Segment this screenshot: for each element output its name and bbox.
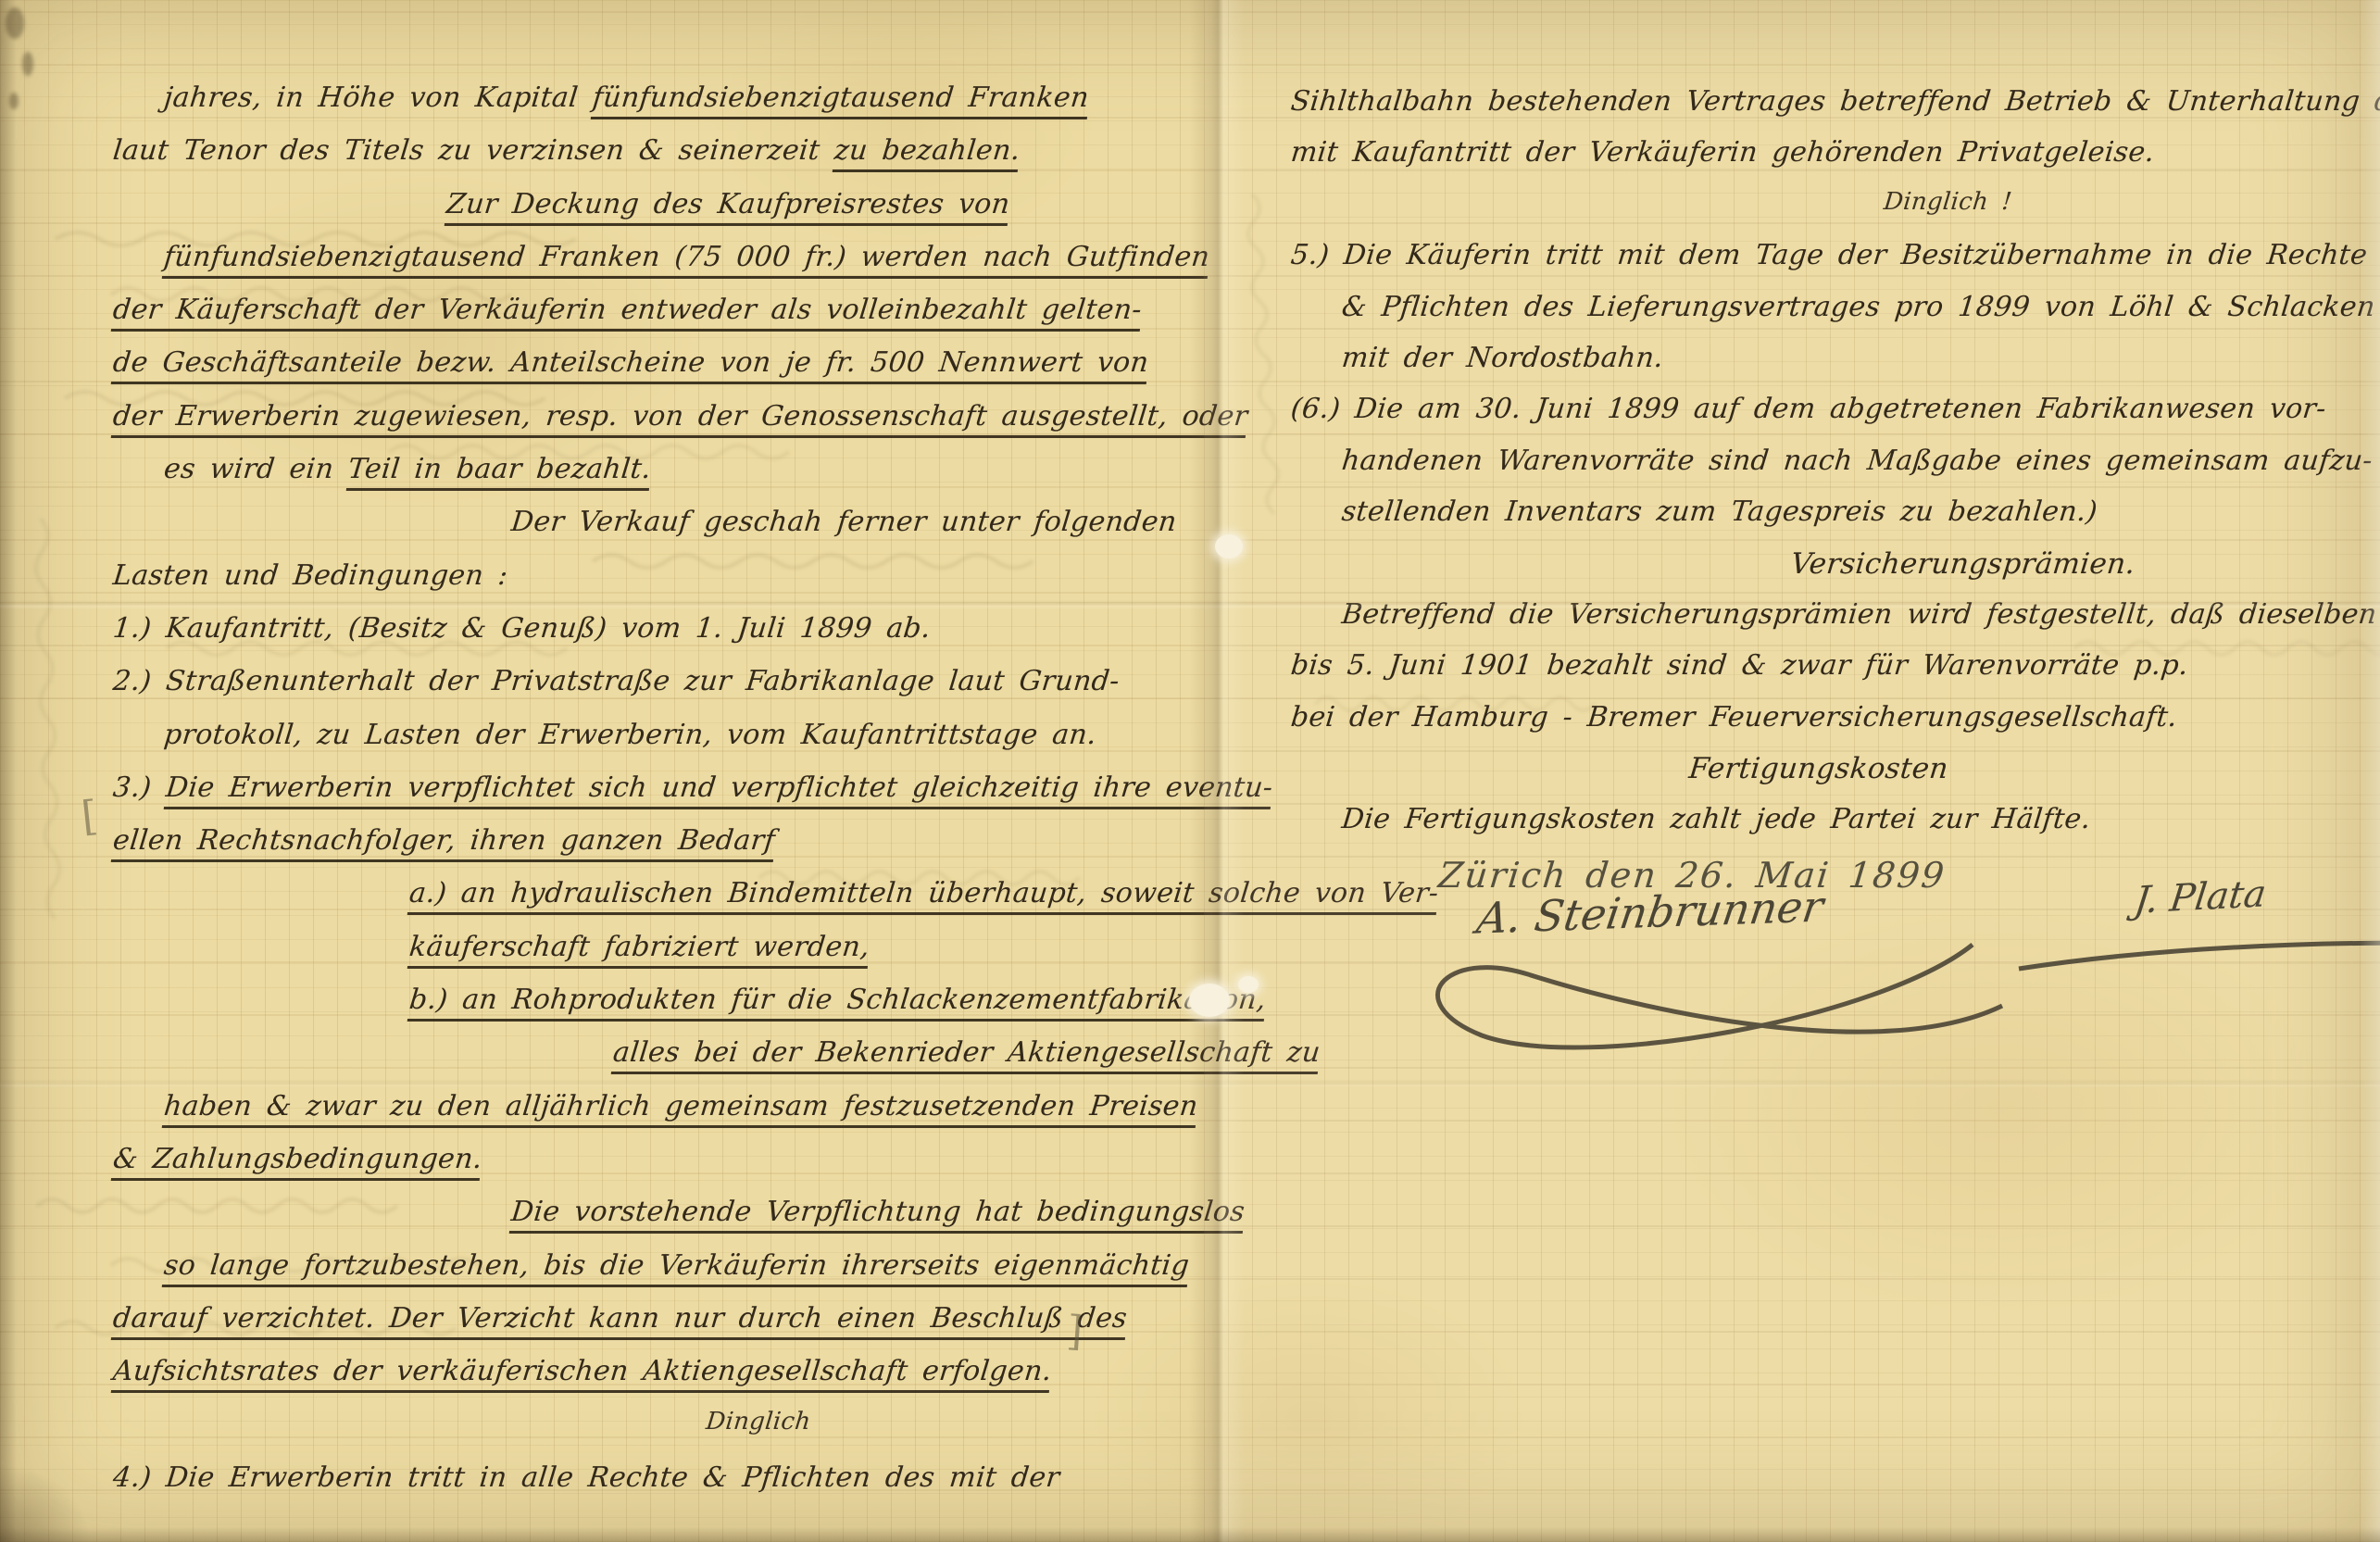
- manuscript-line: 3.) Die Erwerberin verpflichtet sich und…: [109, 771, 1143, 824]
- manuscript-line: Betreffend die Versicherungsprämien wird…: [1338, 598, 2376, 649]
- manuscript-line: Aufsichtsrates der verkäuferischen Aktie…: [109, 1355, 1143, 1408]
- manuscript-line: 1.) Kaufantritt, (Besitz & Genuß) vom 1.…: [109, 612, 1143, 665]
- manuscript-line: so lange fortzubestehen, bis die Verkäuf…: [160, 1249, 1143, 1302]
- manuscript-line: Sihlthalbahn bestehenden Vertrages betre…: [1287, 85, 2376, 136]
- underlined-text: & Zahlungsbedingungen.: [111, 1143, 484, 1181]
- text: jahres, in Höhe von Kapital: [162, 81, 594, 114]
- underlined-text: Zur Deckung des Kaufpreisrestes von: [445, 188, 1011, 226]
- manuscript-line: Die Fertigungskosten zahlt jede Partei z…: [1338, 803, 2376, 854]
- text: 3.): [111, 771, 168, 804]
- manuscript-line: 4.) Die Erwerberin tritt in alle Rechte …: [109, 1461, 1143, 1514]
- manuscript-line: protokoll, zu Lasten der Erwerberin, vom…: [160, 719, 1143, 771]
- manuscript-line: Der Verkauf geschah ferner unter folgend…: [507, 506, 1143, 558]
- paper-damage-spot: [1238, 976, 1259, 993]
- underlined-text: b.) an Rohprodukten für die Schlackenzem…: [407, 984, 1268, 1022]
- manuscript-line: fünfundsiebenzigtausend Franken (75 000 …: [160, 241, 1143, 294]
- text: 4.) Die Erwerberin tritt in alle Rechte …: [111, 1461, 1061, 1494]
- manuscript-line: a.) an hydraulischen Bindemitteln überha…: [406, 877, 1143, 930]
- manuscript-line: haben & zwar zu den alljährlich gemeinsa…: [160, 1090, 1143, 1143]
- manuscript-line: Dinglich !: [1880, 188, 2376, 239]
- text: Dinglich !: [1883, 188, 2013, 216]
- signature-right: J. Plata: [2132, 872, 2268, 922]
- underlined-text: so lange fortzubestehen, bis die Verkäuf…: [162, 1249, 1191, 1287]
- underlined-text: zu bezahlen.: [833, 134, 1022, 172]
- right-page-text: Sihlthalbahn bestehenden Vertrages betre…: [1287, 85, 2371, 906]
- text: Fertigungskosten: [1687, 752, 1950, 785]
- manuscript-line: mit der Nordostbahn.: [1338, 342, 2376, 393]
- underlined-text: fünfundsiebenzigtausend Franken (75 000 …: [162, 241, 1211, 279]
- text: Die Fertigungskosten zahlt jede Partei z…: [1340, 803, 2092, 835]
- manuscript-line: (6.) Die am 30. Juni 1899 auf dem abgetr…: [1287, 393, 2376, 444]
- manuscript-line: Fertigungskosten: [1685, 752, 2376, 803]
- manuscript-line: mit Kaufantritt der Verkäuferin gehörend…: [1287, 136, 2376, 187]
- edge-smudge: [22, 52, 33, 76]
- manuscript-line: der Käuferschaft der Verkäuferin entwede…: [109, 294, 1143, 346]
- manuscript-line: Lasten und Bedingungen :: [109, 559, 1143, 612]
- text: Sihlthalbahn bestehenden Vertrages betre…: [1289, 85, 2380, 118]
- manuscript-line: Dinglich: [702, 1408, 1143, 1461]
- text: laut Tenor des Titels zu verzinsen & sei…: [111, 134, 836, 167]
- paper-damage-spot: [1215, 534, 1243, 558]
- manuscript-line: jahres, in Höhe von Kapital fünfundsiebe…: [160, 81, 1143, 134]
- text: handenen Warenvorräte sind nach Maßgabe …: [1340, 445, 2374, 477]
- scan-edge-shadow: [0, 1527, 2380, 1542]
- text: stellenden Inventars zum Tagespreis zu b…: [1340, 495, 2098, 528]
- text: Dinglich: [705, 1408, 812, 1435]
- manuscript-line: stellenden Inventars zum Tagespreis zu b…: [1338, 495, 2376, 546]
- scan-edge-shadow: [0, 0, 17, 1542]
- manuscript-line: 2.) Straßenunterhalt der Privatstraße zu…: [109, 665, 1143, 718]
- underlined-text: darauf verzichtet. Der Verzicht kann nur…: [111, 1302, 1129, 1340]
- signature-right-underline-icon: [2010, 926, 2380, 982]
- manuscript-scan: jahres, in Höhe von Kapital fünfundsiebe…: [0, 0, 2380, 1542]
- manuscript-line: es wird ein Teil in baar bezahlt.: [160, 453, 1143, 506]
- manuscript-line: laut Tenor des Titels zu verzinsen & sei…: [109, 134, 1143, 187]
- text: Versicherungsprämien.: [1789, 547, 2136, 581]
- text: (6.) Die am 30. Juni 1899 auf dem abgetr…: [1289, 393, 2327, 425]
- manuscript-line: & Zahlungsbedingungen.: [109, 1143, 1143, 1196]
- underlined-text: haben & zwar zu den alljährlich gemeinsa…: [162, 1090, 1200, 1128]
- text: Lasten und Bedingungen :: [111, 559, 509, 592]
- text: Betreffend die Versicherungsprämien wird…: [1340, 598, 2378, 631]
- scan-edge-highlight: [2360, 0, 2380, 1542]
- manuscript-line: darauf verzichtet. Der Verzicht kann nur…: [109, 1302, 1143, 1355]
- text: 2.) Straßenunterhalt der Privatstraße zu…: [111, 665, 1121, 697]
- text: bis 5. Juni 1901 bezahlt sind & zwar für…: [1289, 649, 2190, 682]
- right-page: Sihlthalbahn bestehenden Vertrages betre…: [1204, 0, 2380, 1542]
- manuscript-line: bei der Hamburg - Bremer Feuerversicheru…: [1287, 701, 2376, 752]
- underlined-text: Die Erwerberin verpflichtet sich und ver…: [164, 771, 1274, 809]
- underlined-text: käuferschaft fabriziert werden,: [407, 931, 871, 969]
- text: 1.) Kaufantritt, (Besitz & Genuß) vom 1.…: [111, 612, 932, 645]
- underlined-text: Teil in baar bezahlt.: [346, 453, 653, 491]
- manuscript-line: 5.) Die Käuferin tritt mit dem Tage der …: [1287, 239, 2376, 290]
- underlined-text: fünfundsiebenzigtausend Franken: [591, 81, 1091, 119]
- paper-damage-spot: [1189, 984, 1230, 1017]
- manuscript-line: Versicherungsprämien.: [1787, 547, 2376, 598]
- text: 5.) Die Käuferin tritt mit dem Tage der …: [1289, 239, 2369, 271]
- underlined-text: der Erwerberin zugewiesen, resp. von der…: [111, 400, 1249, 438]
- text: mit der Nordostbahn.: [1340, 342, 1665, 374]
- manuscript-line: Die vorstehende Verpflichtung hat beding…: [507, 1196, 1143, 1248]
- pencil-bracket-right: ]: [1065, 1307, 1084, 1355]
- underlined-text: Aufsichtsrates der verkäuferischen Aktie…: [111, 1355, 1054, 1393]
- left-page: jahres, in Höhe von Kapital fünfundsiebe…: [0, 0, 1204, 1542]
- text: Der Verkauf geschah ferner unter folgend…: [509, 506, 1178, 538]
- manuscript-line: der Erwerberin zugewiesen, resp. von der…: [109, 400, 1143, 453]
- manuscript-line: bis 5. Juni 1901 bezahlt sind & zwar für…: [1287, 649, 2376, 700]
- manuscript-line: Zur Deckung des Kaufpreisrestes von: [443, 188, 1143, 241]
- manuscript-line: ellen Rechtsnachfolger, ihren ganzen Bed…: [109, 824, 1143, 877]
- manuscript-line: käuferschaft fabriziert werden,: [406, 931, 1143, 984]
- text: es wird ein: [162, 453, 350, 485]
- manuscript-line: alles bei der Bekenrieder Aktiengesellsc…: [609, 1036, 1143, 1089]
- text: protokoll, zu Lasten der Erwerberin, vom…: [162, 719, 1097, 751]
- manuscript-line: handenen Warenvorräte sind nach Maßgabe …: [1338, 445, 2376, 495]
- manuscript-line: de Geschäftsanteile bezw. Anteilscheine …: [109, 346, 1143, 399]
- manuscript-line: b.) an Rohprodukten für die Schlackenzem…: [406, 984, 1143, 1036]
- underlined-text: de Geschäftsanteile bezw. Anteilscheine …: [111, 346, 1150, 384]
- underlined-text: Die vorstehende Verpflichtung hat beding…: [509, 1196, 1246, 1234]
- left-page-text: jahres, in Höhe von Kapital fünfundsiebe…: [109, 81, 1137, 1514]
- manuscript-line: & Pflichten des Lieferungsvertrages pro …: [1338, 291, 2376, 342]
- text: & Pflichten des Lieferungsvertrages pro …: [1340, 291, 2376, 323]
- underlined-text: ellen Rechtsnachfolger, ihren ganzen Bed…: [111, 824, 777, 862]
- text: mit Kaufantritt der Verkäuferin gehörend…: [1289, 136, 2156, 169]
- scan-corner-shadow: [0, 1431, 130, 1542]
- text: bei der Hamburg - Bremer Feuerversicheru…: [1289, 701, 2179, 733]
- underlined-text: der Käuferschaft der Verkäuferin entwede…: [111, 294, 1144, 332]
